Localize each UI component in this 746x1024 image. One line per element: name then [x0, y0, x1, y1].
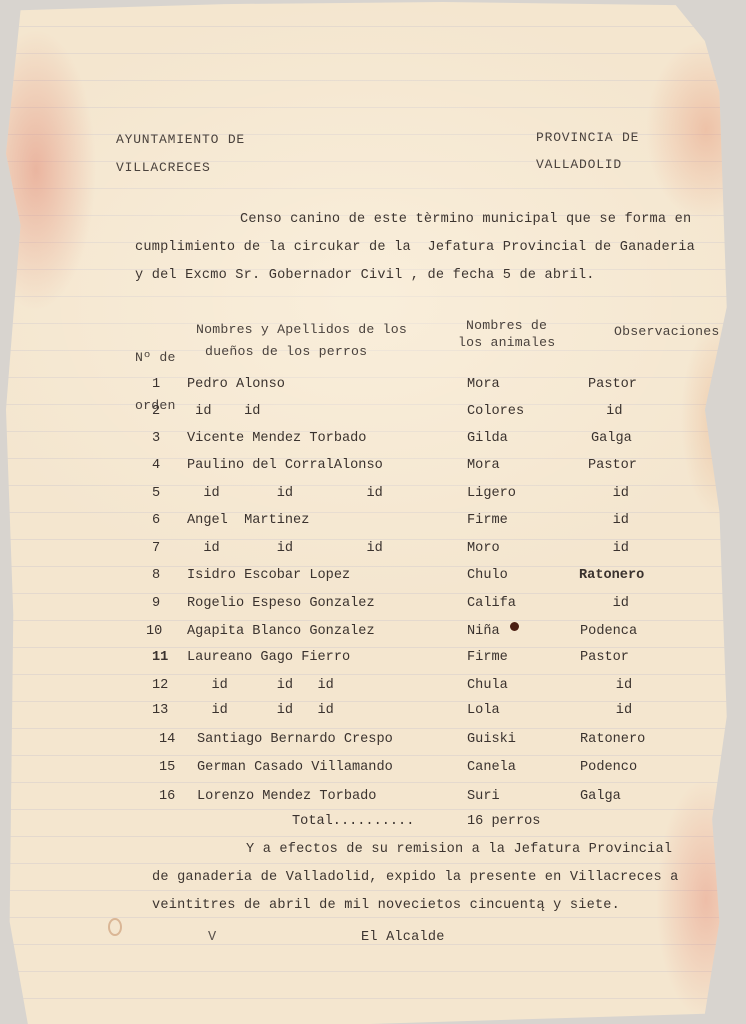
- row-number: 14: [159, 732, 175, 747]
- owner-name: id id id: [187, 486, 383, 501]
- approval-mark: V: [208, 930, 216, 945]
- animal-name: Gilda: [467, 431, 508, 446]
- closing-line-3: veintitres de abril de mil novecietos ci…: [152, 898, 620, 913]
- owner-name: Angel Martinez: [187, 513, 309, 528]
- row-number: 4: [152, 458, 160, 473]
- table-row: 13 id id id Lola id: [0, 703, 746, 729]
- ink-stain: [510, 622, 519, 631]
- owner-name: id id id: [187, 541, 383, 556]
- owner-name: Rogelio Espeso Gonzalez: [187, 596, 375, 611]
- observation: id: [575, 703, 632, 718]
- owner-name: Pedro Alonso: [187, 377, 285, 392]
- animal-name: Guiski: [467, 732, 516, 747]
- col-header-animals: Nombres de: [466, 318, 547, 334]
- table-row: 15 German Casado Villamando Canela Poden…: [0, 760, 746, 786]
- observation: id: [580, 486, 629, 501]
- intro-line-2: cumplimiento de la circukar de la Jefatu…: [135, 240, 695, 255]
- observation: id: [598, 404, 622, 419]
- row-number: 3: [152, 431, 160, 446]
- row-number: 1: [152, 377, 160, 392]
- owner-name: Isidro Escobar Lopez: [187, 568, 350, 583]
- closing-line-2: de ganaderia de Valladolid, expido la pr…: [152, 870, 679, 885]
- row-number: 6: [152, 513, 160, 528]
- row-number: 12: [152, 678, 168, 693]
- observation: Podenca: [580, 624, 637, 639]
- animal-name: Moro: [467, 541, 500, 556]
- col-header-owners-line2: dueños de los perros: [205, 344, 367, 360]
- row-number: 7: [152, 541, 160, 556]
- animal-name: Lola: [467, 703, 500, 718]
- col-header-owners: Nombres y Apellidos de los: [196, 322, 407, 338]
- col-header-order-line1: Nº de: [135, 350, 176, 366]
- owner-name: Vicente Mendez Torbado: [187, 431, 366, 446]
- municipality-label: AYUNTAMIENTO DE: [116, 132, 245, 147]
- table-row: 2 id id Colores id: [0, 404, 746, 430]
- observation: Ratonero: [580, 732, 645, 747]
- animal-name: Chulo: [467, 568, 508, 583]
- table-row: 3 Vicente Mendez Torbado Gilda Galga: [0, 431, 746, 457]
- observation: id: [575, 678, 632, 693]
- animal-name: Suri: [467, 789, 500, 804]
- animal-name: Canela: [467, 760, 516, 775]
- observation: id: [580, 513, 629, 528]
- owner-name: id id: [187, 404, 260, 419]
- table-row: 16 Lorenzo Mendez Torbado Suri Galga: [0, 789, 746, 815]
- row-number: 2: [152, 404, 160, 419]
- row-number: 15: [159, 760, 175, 775]
- total-value: 16 perros: [467, 814, 540, 829]
- province-name: VALLADOLID: [536, 157, 622, 172]
- table-row: 6 Angel Martinez Firme id: [0, 513, 746, 539]
- observation: id: [580, 541, 629, 556]
- table-total-row: Total.......... 16 perros: [0, 814, 746, 840]
- table-row: 14 Santiago Bernardo Crespo Guiski Raton…: [0, 732, 746, 758]
- owner-name: Santiago Bernardo Crespo: [197, 732, 393, 747]
- row-number: 11: [152, 650, 168, 665]
- owner-name: id id id: [187, 678, 334, 693]
- total-label: Total..........: [292, 814, 414, 829]
- animal-name: Mora: [467, 458, 500, 473]
- table-row: 7 id id id Moro id: [0, 541, 746, 567]
- animal-name: Firme: [467, 513, 508, 528]
- table-row: 5 id id id Ligero id: [0, 486, 746, 512]
- row-number: 13: [152, 703, 168, 718]
- animal-name: Mora: [467, 377, 500, 392]
- col-header-animals-line2: los animales: [458, 335, 555, 351]
- table-row: 10 Agapita Blanco Gonzalez Niña Podenca: [0, 624, 746, 650]
- observation: Pastor: [580, 650, 629, 665]
- province-label: PROVINCIA DE: [536, 130, 639, 145]
- intro-line-3: y del Excmo Sr. Gobernador Civil , de fe…: [135, 268, 595, 283]
- observation: Podenco: [580, 760, 637, 775]
- owner-name: id id id: [187, 703, 334, 718]
- observation: Galga: [591, 431, 632, 446]
- row-number: 9: [152, 596, 160, 611]
- table-row: 11 Laureano Gago Fierro Firme Pastor: [0, 650, 746, 676]
- owner-name: Agapita Blanco Gonzalez: [187, 624, 375, 639]
- observation: Galga: [580, 789, 621, 804]
- table-row: 12 id id id Chula id: [0, 678, 746, 704]
- animal-name: Ligero: [467, 486, 516, 501]
- row-number: 10: [146, 624, 162, 639]
- observation: Pastor: [588, 458, 637, 473]
- paper-stain: [108, 918, 122, 936]
- municipality-name: VILLACRECES: [116, 160, 211, 175]
- owner-name: German Casado Villamando: [197, 760, 393, 775]
- row-number: 16: [159, 789, 175, 804]
- observation: Pastor: [588, 377, 637, 392]
- observation: Ratonero: [579, 568, 644, 583]
- table-row: 8 Isidro Escobar Lopez Chulo Ratonero: [0, 568, 746, 594]
- col-header-observations: Observaciones: [614, 324, 719, 340]
- owner-name: Lorenzo Mendez Torbado: [197, 789, 376, 804]
- intro-line-1: Censo canino de este tèrmino municipal q…: [240, 212, 691, 227]
- owner-name: Laureano Gago Fierro: [187, 650, 350, 665]
- table-row: 9 Rogelio Espeso Gonzalez Califa id: [0, 596, 746, 622]
- table-row: 4 Paulino del CorralAlonso Mora Pastor: [0, 458, 746, 484]
- animal-name: Niña: [467, 624, 500, 639]
- row-number: 8: [152, 568, 160, 583]
- mayor-signature-label: El Alcalde: [361, 930, 445, 945]
- row-number: 5: [152, 486, 160, 501]
- animal-name: Firme: [467, 650, 508, 665]
- table-row: 1 Pedro Alonso Mora Pastor: [0, 377, 746, 403]
- animal-name: Chula: [467, 678, 508, 693]
- animal-name: Colores: [467, 404, 524, 419]
- owner-name: Paulino del CorralAlonso: [187, 458, 383, 473]
- animal-name: Califa: [467, 596, 516, 611]
- closing-line-1: Y a efectos de su remision a la Jefatura…: [246, 842, 672, 857]
- observation: id: [580, 596, 629, 611]
